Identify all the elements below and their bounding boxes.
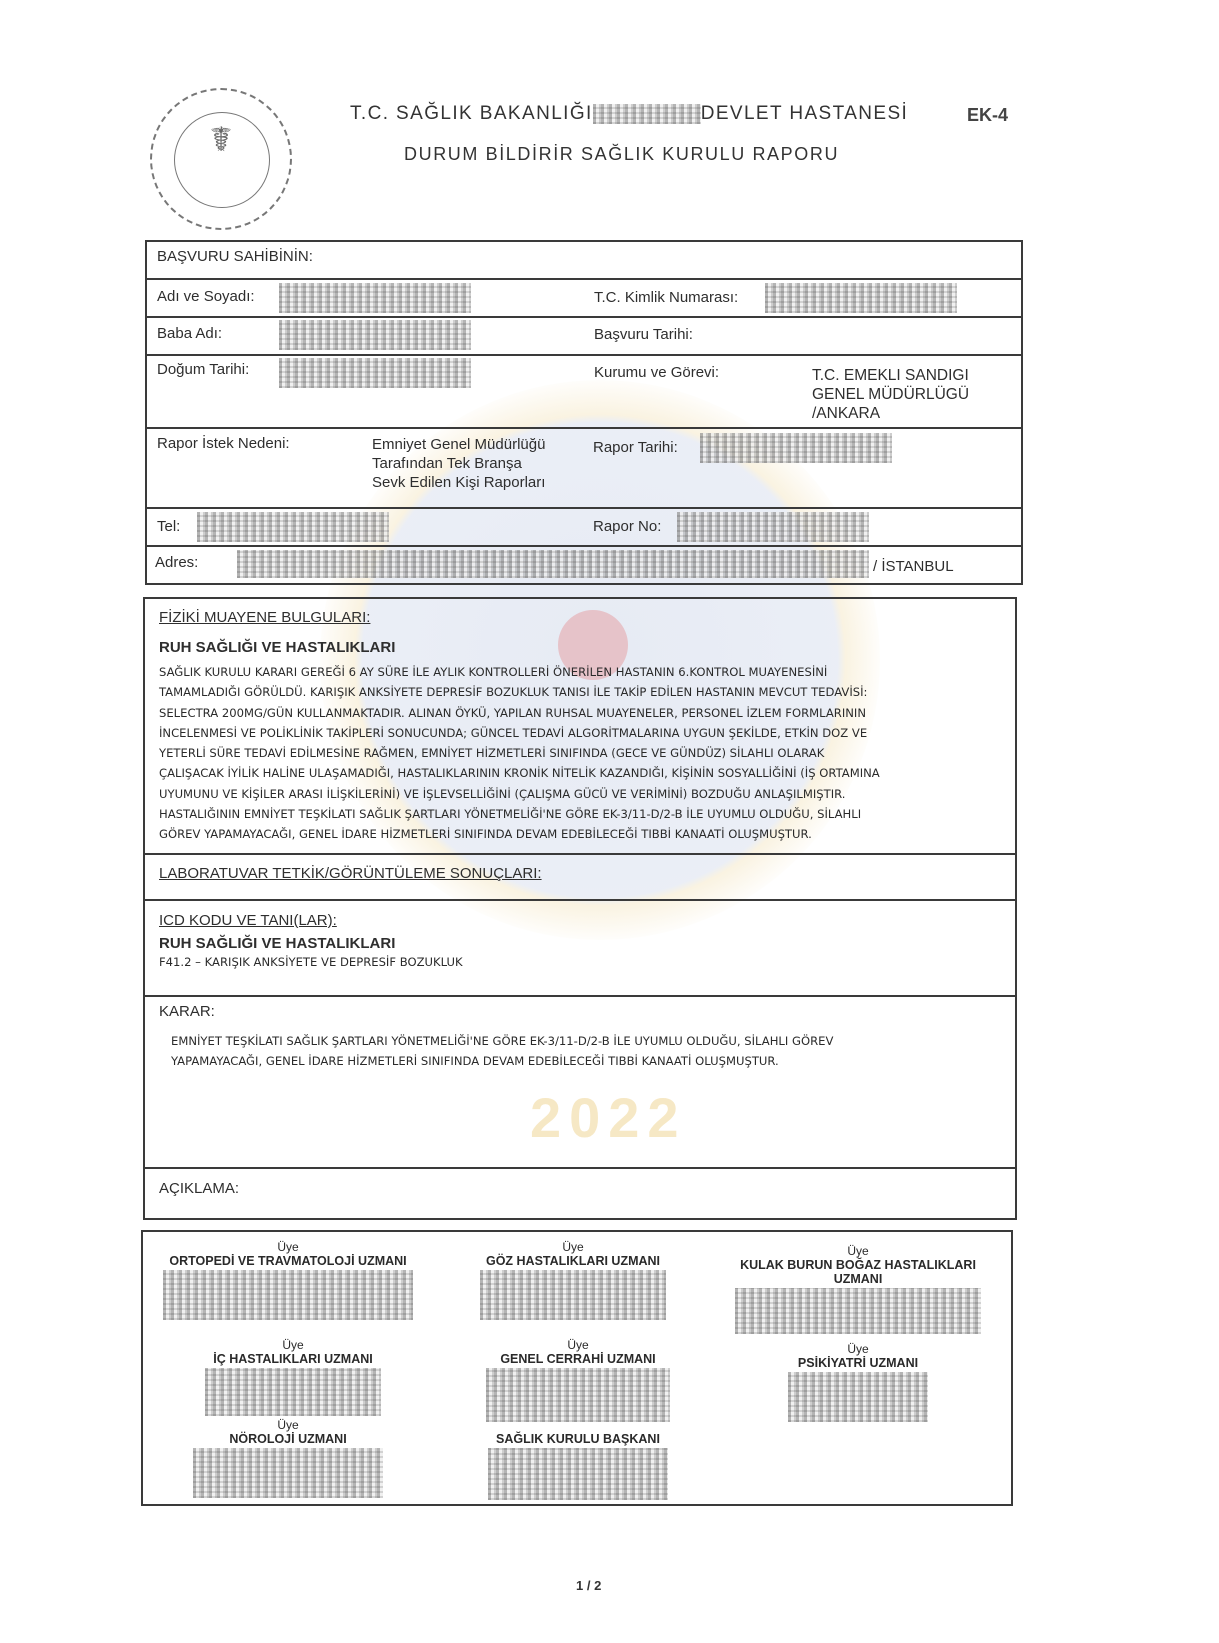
ministry-name: T.C. SAĞLIK BAKANLIĞI — [350, 103, 593, 124]
notes-title: AÇIKLAMA: — [159, 1180, 239, 1197]
signature-redacted — [205, 1368, 381, 1416]
signature-redacted — [193, 1448, 383, 1498]
lab-results-title: LABORATUVAR TETKİK/GÖRÜNTÜLEME SONUÇLARI… — [159, 865, 542, 882]
name-label: Adı ve Soyadı: — [157, 288, 255, 305]
hospital-type: DEVLET HASTANESİ — [701, 103, 909, 124]
report-title: DURUM BİLDİRİR SAĞLIK KURULU RAPORU — [404, 144, 839, 165]
icd-section: ICD KODU VE TANI(LAR): RUH SAĞLIĞI VE HA… — [145, 901, 1015, 997]
ministry-seal-icon: ☤ — [150, 88, 292, 230]
signature-redacted — [735, 1288, 981, 1334]
signature-redacted — [480, 1270, 666, 1320]
signature-general-surgery: Üye GENEL CERRAHİ UZMANI — [478, 1338, 678, 1422]
signature-orthopedics: Üye ORTOPEDİ VE TRAVMATOLOJİ UZMANI — [163, 1240, 413, 1320]
tc-id-label: T.C. Kimlik Numarası: — [594, 289, 738, 306]
applicant-info-table: BAŞVURU SAHİBİNİN: Adı ve Soyadı: T.C. K… — [145, 240, 1023, 585]
applicant-section-title: BAŞVURU SAHİBİNİN: — [157, 248, 313, 265]
decision-text: EMNİYET TEŞKİLATI SAĞLIK ŞARTLARI YÖNETM… — [171, 1031, 991, 1072]
lab-results-section: LABORATUVAR TETKİK/GÖRÜNTÜLEME SONUÇLARI… — [145, 855, 1015, 901]
signature-internal-medicine: Üye İÇ HASTALIKLARI UZMANI — [198, 1338, 388, 1416]
physical-exam-department: RUH SAĞLIĞI VE HASTALIKLARI — [159, 639, 395, 656]
address-label: Adres: — [155, 554, 198, 571]
signature-neurology: Üye NÖROLOJİ UZMANI — [188, 1418, 388, 1498]
name-value-redacted — [279, 283, 471, 313]
institution-label: Kurumu ve Görevi: — [594, 364, 719, 381]
icd-title: ICD KODU VE TANI(LAR): — [159, 912, 337, 929]
icd-department: RUH SAĞLIĞI VE HASTALIKLARI — [159, 935, 395, 952]
form-code: EK-4 — [967, 105, 1008, 126]
request-reason-value: Emniyet Genel Müdürlüğü Tarafından Tek B… — [372, 435, 545, 492]
icd-diagnosis: F41.2 – KARIŞIK ANKSİYETE VE DEPRESİF BO… — [159, 952, 463, 972]
signature-redacted — [488, 1448, 668, 1500]
report-date-value-redacted — [700, 433, 892, 463]
phone-label: Tel: — [157, 518, 180, 535]
signature-ophthalmology: Üye GÖZ HASTALIKLARI UZMANI — [478, 1240, 668, 1320]
hospital-name: T.C. SAĞLIK BAKANLIĞIDEVLET HASTANESİ — [350, 103, 908, 125]
signature-psychiatry: Üye PSİKİYATRİ UZMANI — [773, 1342, 943, 1422]
report-no-label: Rapor No: — [593, 518, 661, 535]
signature-redacted — [486, 1368, 670, 1422]
report-page: 2022 ☤ T.C. SAĞLIK BAKANLIĞIDEVLET HASTA… — [0, 0, 1219, 1643]
address-value-redacted — [237, 550, 869, 578]
committee-signatures: Üye ORTOPEDİ VE TRAVMATOLOJİ UZMANI Üye … — [141, 1230, 1013, 1506]
physical-exam-section: FİZİKİ MUAYENE BULGULARI: RUH SAĞLIĞI VE… — [145, 599, 1015, 855]
father-name-value-redacted — [279, 320, 471, 350]
report-date-label: Rapor Tarihi: — [593, 439, 678, 456]
signature-redacted — [788, 1372, 928, 1422]
notes-section: AÇIKLAMA: — [145, 1169, 1015, 1219]
signature-board-chair: SAĞLIK KURULU BAŞKANI — [483, 1432, 673, 1500]
report-no-value-redacted — [677, 512, 869, 542]
physical-exam-text: SAĞLIK KURULU KARARI GEREĞİ 6 AY SÜRE İL… — [159, 662, 1009, 845]
tc-id-value-redacted — [765, 283, 957, 313]
physical-exam-title: FİZİKİ MUAYENE BULGULARI: — [159, 609, 370, 626]
medical-findings-table: FİZİKİ MUAYENE BULGULARI: RUH SAĞLIĞI VE… — [143, 597, 1017, 1220]
father-name-label: Baba Adı: — [157, 325, 222, 342]
request-reason-label: Rapor İstek Nedeni: — [157, 435, 290, 452]
decision-title: KARAR: — [159, 1003, 215, 1020]
birth-date-label: Doğum Tarihi: — [157, 361, 249, 378]
institution-value: T.C. EMEKLI SANDIGI GENEL MÜDÜRLÜGÜ /ANK… — [812, 366, 969, 423]
phone-value-redacted — [197, 512, 389, 542]
birth-date-value-redacted — [279, 358, 471, 388]
signature-ent: Üye KULAK BURUN BOĞAZ HASTALIKLARI UZMAN… — [728, 1244, 988, 1334]
application-date-label: Başvuru Tarihi: — [594, 326, 693, 343]
redacted-hospital-city — [593, 104, 701, 124]
address-city: / İSTANBUL — [873, 558, 954, 575]
signature-redacted — [163, 1270, 413, 1320]
page-number: 1 / 2 — [576, 1578, 601, 1593]
decision-section: KARAR: EMNİYET TEŞKİLATI SAĞLIK ŞARTLARI… — [145, 997, 1015, 1169]
